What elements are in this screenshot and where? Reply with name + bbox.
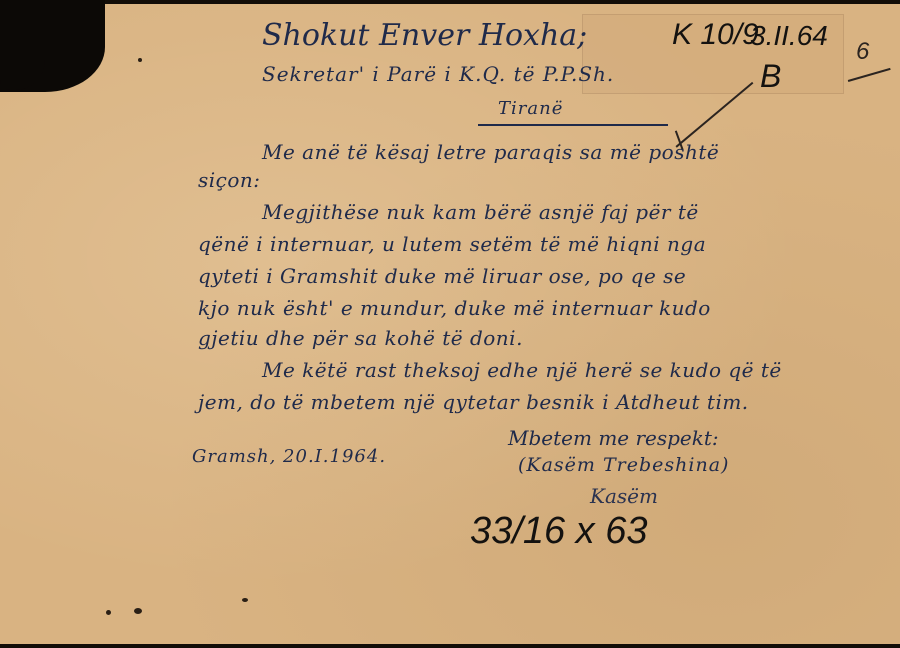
scan-edge-bottom [0, 644, 900, 648]
letter-paper: Shokut Enver Hoxha; Sekretar' i Parë i K… [0, 0, 900, 644]
body-line-9: jem, do të mbetem një qytetar besnik i A… [198, 390, 749, 414]
paper-speck [134, 608, 142, 614]
body-line-8: Me këtë rast theksoj edhe një herë se ku… [262, 358, 782, 382]
page-mark-underline [848, 68, 891, 82]
addressee-title: Sekretar' i Parë i K.Q. të P.P.Sh. [262, 62, 614, 86]
city-underline [478, 124, 668, 126]
addressee-city: Tiranë [498, 98, 563, 119]
body-line-2: siçon: [198, 168, 261, 192]
body-line-1: Me anë të kësaj letre paraqis sa më posh… [262, 140, 719, 164]
archive-number: 33/16 x 63 [470, 510, 647, 553]
body-line-7: gjetiu dhe për sa kohë të doni. [198, 326, 523, 350]
page-mark: 6 [856, 38, 869, 66]
addressee-name: Shokut Enver Hoxha; [262, 18, 587, 53]
initials: B [760, 58, 781, 95]
place-date: Gramsh, 20.I.1964. [192, 446, 386, 467]
paper-speck [138, 58, 142, 62]
signer-name: (Kasëm Trebeshina) [518, 454, 729, 476]
signature: Kasëm [590, 484, 658, 508]
received-date: 3.II.64 [750, 20, 828, 52]
scan-edge-top [0, 0, 900, 4]
registry-number: K 10/9 [672, 18, 759, 52]
body-line-6: kjo nuk ësht' e mundur, duke më internua… [198, 296, 711, 320]
paper-speck [106, 610, 111, 615]
body-line-5: qyteti i Gramshit duke më liruar ose, po… [198, 264, 686, 288]
paper-speck [242, 598, 248, 602]
body-line-4: qënë i internuar, u lutem setëm të më hi… [198, 232, 706, 256]
body-line-3: Megjithëse nuk kam bërë asnjë faj për të [262, 200, 699, 224]
closing: Mbetem me respekt: [508, 426, 719, 450]
